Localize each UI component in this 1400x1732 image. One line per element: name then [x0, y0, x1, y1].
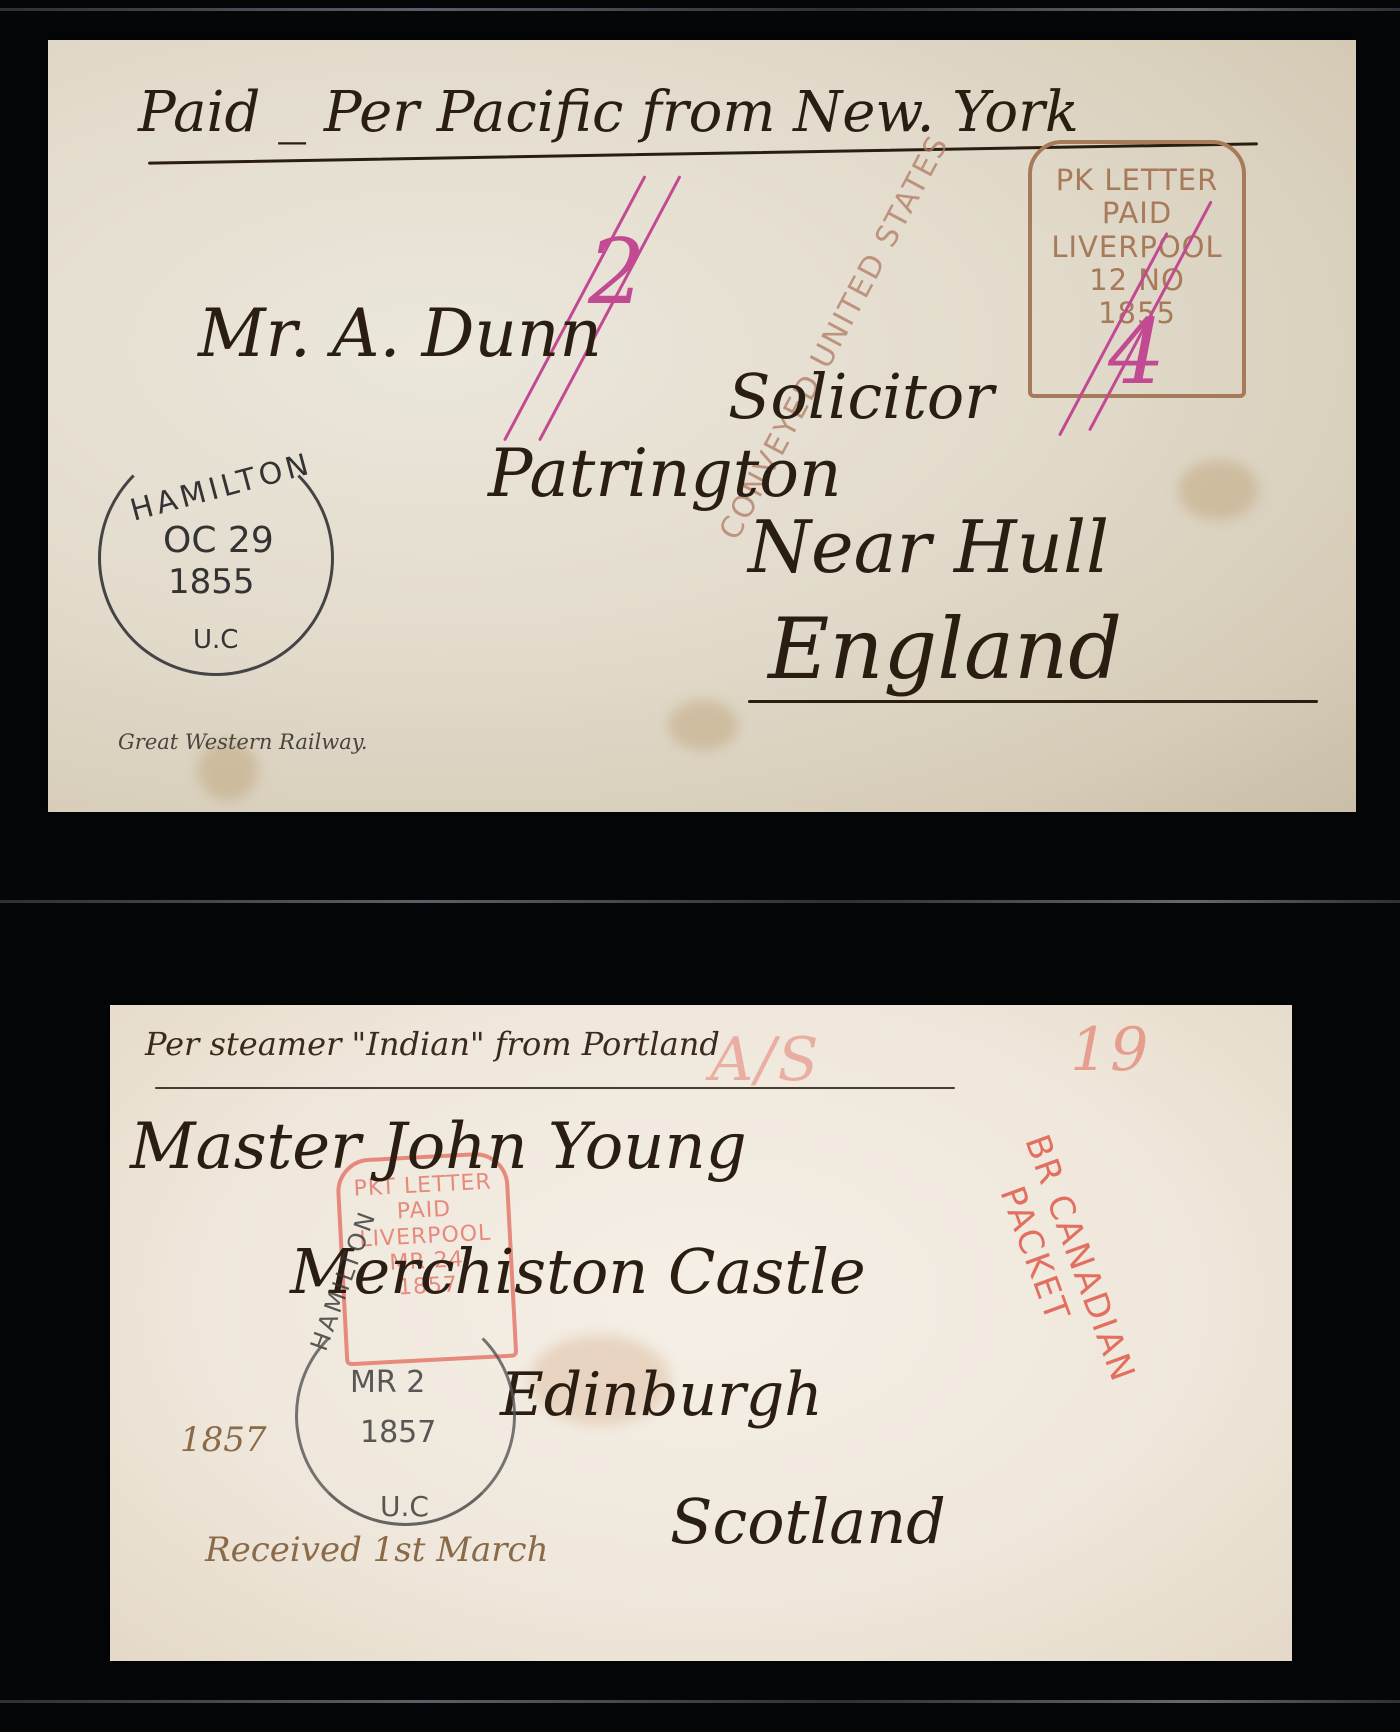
address-line-4: Near Hull — [748, 505, 1109, 589]
address-line-2: Merchiston Castle — [290, 1235, 866, 1308]
postmark-region: U.C — [193, 625, 238, 655]
postmark-year: 1857 — [360, 1415, 436, 1450]
album-strip-top — [0, 8, 1400, 11]
address-line-5: England — [768, 600, 1122, 698]
docket-year: 1857 — [180, 1420, 267, 1460]
red-numeral-mark: A/S — [710, 1025, 821, 1095]
hamilton-postmark: HAMILTON MR 2 1857 U.C — [295, 1305, 535, 1545]
address-line-4: Scotland — [670, 1485, 946, 1558]
cover-1: Paid _ Per Pacific from New. York PK LET… — [48, 40, 1356, 812]
stain — [668, 700, 738, 750]
printed-imprint: Great Western Railway. — [118, 730, 368, 754]
stain — [1178, 460, 1258, 520]
postmark-region: U.C — [380, 1490, 429, 1523]
album-strip-middle — [0, 900, 1400, 903]
red-numeral-mark: 19 — [1070, 1015, 1150, 1085]
cover-2: Per steamer "Indian" from Portland A/S 1… — [110, 1005, 1292, 1661]
handstamp-line: PK LETTER — [1032, 164, 1242, 197]
album-strip-bottom — [0, 1700, 1400, 1703]
address-line-2: Solicitor — [728, 360, 994, 433]
hamilton-postmark: HAMILTON OC 29 1855 U.C — [98, 440, 358, 700]
postmark-date: MR 2 — [350, 1365, 425, 1400]
endorsement-underline — [155, 1087, 955, 1089]
br-canadian-packet-handstamp: BR CANADIAN PACKET — [977, 1130, 1143, 1403]
address-line-1: Master John Young — [130, 1110, 747, 1184]
address-line-3: Patrington — [488, 435, 842, 512]
address-underline — [748, 700, 1318, 703]
postmark-date: OC 29 — [163, 520, 274, 561]
postmark-year: 1855 — [168, 562, 255, 602]
rate-mark-right: 4 — [1108, 300, 1165, 405]
address-line-3: Edinburgh — [500, 1360, 823, 1430]
handstamp-line: LIVERPOOL — [1032, 231, 1242, 264]
docket-note: Received 1st March — [205, 1530, 549, 1570]
manuscript-endorsement: Per steamer "Indian" from Portland — [145, 1025, 720, 1063]
address-line-1: Mr. A. Dunn — [198, 295, 602, 372]
